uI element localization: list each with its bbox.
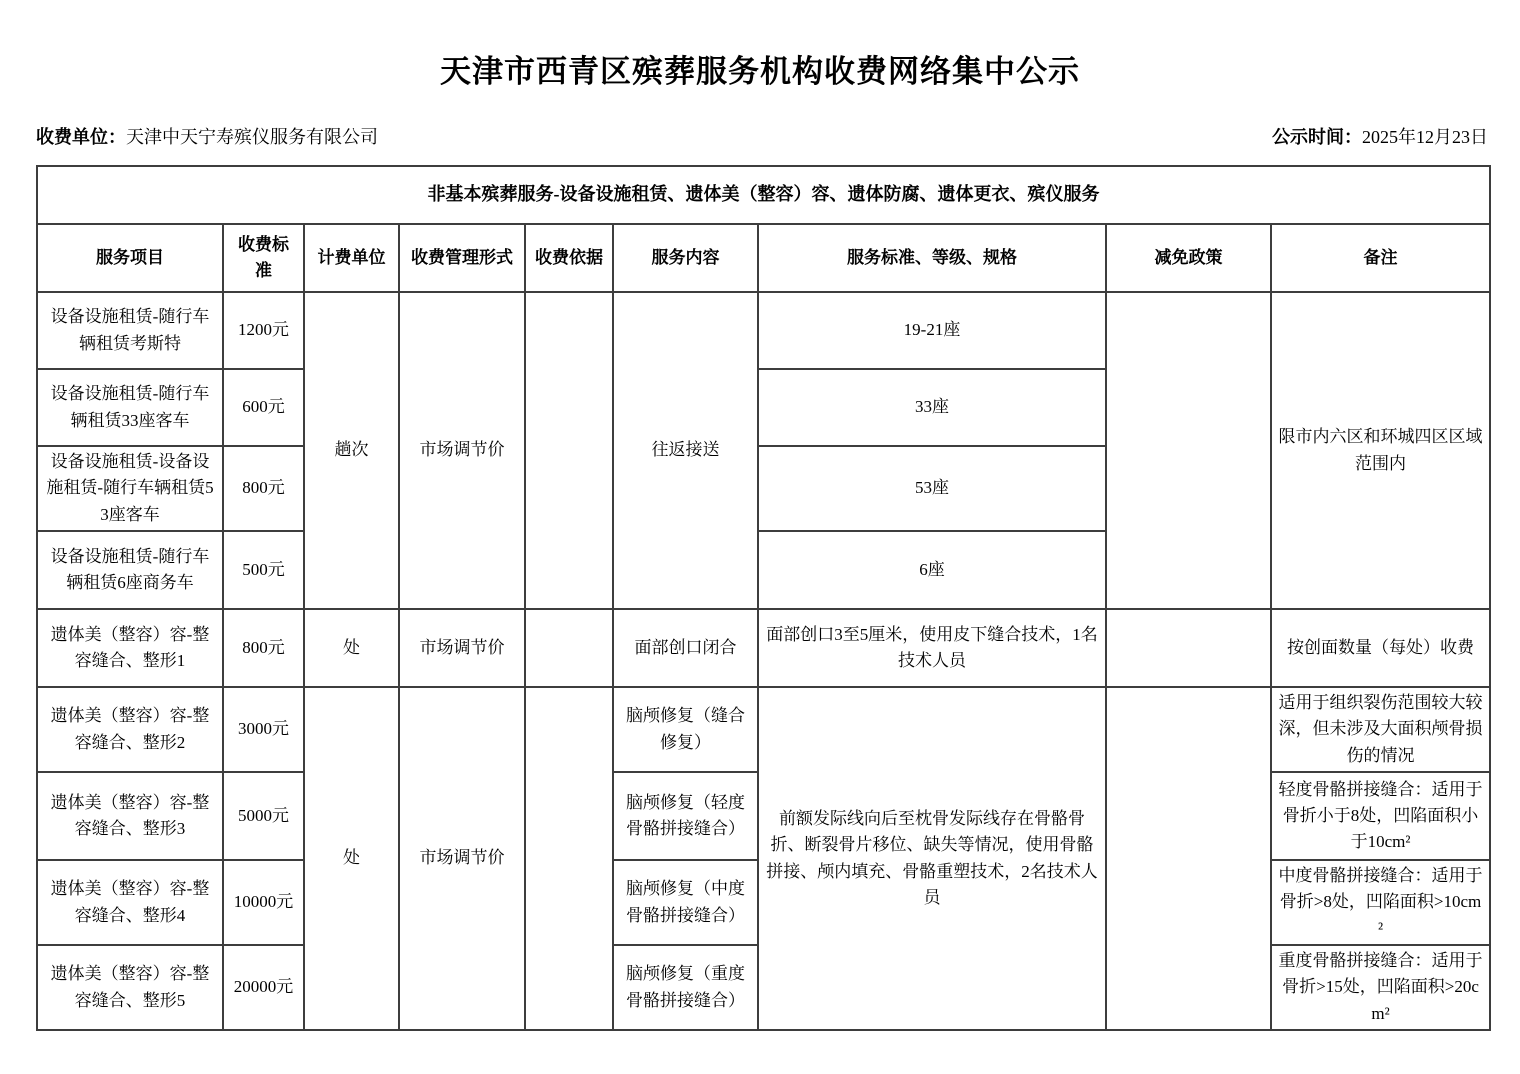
cell-service-item: 设备设施租赁-随行车辆租赁考斯特 — [37, 292, 223, 369]
cell-note: 轻度骨骼拼接缝合：适用于骨折小于8处，凹陷面积小于10cm² — [1271, 772, 1490, 860]
cell-service-item: 设备设施租赁-随行车辆租赁6座商务车 — [37, 531, 223, 609]
cell-service-content: 脑颅修复（缝合修复） — [613, 687, 758, 772]
cell-service-item: 遗体美（整容）容-整容缝合、整形5 — [37, 945, 223, 1030]
cell-service-item: 遗体美（整容）容-整容缝合、整形4 — [37, 860, 223, 945]
cell-note: 限市内六区和环城四区区域范围内 — [1271, 292, 1490, 609]
cell-waiver — [1106, 609, 1271, 687]
cell-note: 中度骨骼拼接缝合：适用于骨折>8处，凹陷面积>10cm² — [1271, 860, 1490, 945]
col-header-billing-unit: 计费单位 — [304, 224, 399, 292]
cell-price: 20000元 — [223, 945, 304, 1030]
document-page: 天津市西青区殡葬服务机构收费网络集中公示 收费单位：天津中天宁寿殡仪服务有限公司… — [0, 0, 1520, 1074]
cell-standard: 6座 — [758, 531, 1106, 609]
info-bar: 收费单位：天津中天宁寿殡仪服务有限公司 公示时间：2025年12月23日 — [36, 123, 1488, 149]
cell-fee-basis — [525, 687, 613, 1030]
fee-table: 非基本殡葬服务-设备设施租赁、遗体美（整容）容、遗体防腐、遗体更衣、殡仪服务 服… — [36, 165, 1491, 1031]
col-header-fee-standard: 收费标准 — [223, 224, 304, 292]
table-row: 设备设施租赁-随行车辆租赁考斯特 1200元 趟次 市场调节价 往返接送 19-… — [37, 292, 1490, 369]
col-header-service-spec: 服务标准、等级、规格 — [758, 224, 1106, 292]
cell-standard: 33座 — [758, 369, 1106, 446]
cell-service-item: 遗体美（整容）容-整容缝合、整形3 — [37, 772, 223, 860]
publicity-date-value: 2025年12月23日 — [1362, 127, 1488, 147]
cell-price: 600元 — [223, 369, 304, 446]
cell-price: 10000元 — [223, 860, 304, 945]
table-row: 遗体美（整容）容-整容缝合、整形1 800元 处 市场调节价 面部创口闭合 面部… — [37, 609, 1490, 687]
cell-price: 1200元 — [223, 292, 304, 369]
cell-note: 按创面数量（每处）收费 — [1271, 609, 1490, 687]
cell-fee-management: 市场调节价 — [399, 687, 525, 1030]
cell-service-item: 设备设施租赁-设备设施租赁-随行车辆租赁53座客车 — [37, 446, 223, 531]
col-header-fee-management: 收费管理形式 — [399, 224, 525, 292]
cell-service-content: 脑颅修复（重度骨骼拼接缝合） — [613, 945, 758, 1030]
cell-service-content: 脑颅修复（轻度骨骼拼接缝合） — [613, 772, 758, 860]
col-header-waiver-policy: 减免政策 — [1106, 224, 1271, 292]
cell-service-content: 面部创口闭合 — [613, 609, 758, 687]
cell-price: 5000元 — [223, 772, 304, 860]
cell-note: 重度骨骼拼接缝合：适用于骨折>15处，凹陷面积>20cm² — [1271, 945, 1490, 1030]
cell-service-content: 脑颅修复（中度骨骼拼接缝合） — [613, 860, 758, 945]
col-header-fee-basis: 收费依据 — [525, 224, 613, 292]
publicity-date-label: 公示时间： — [1272, 127, 1362, 147]
cell-billing-unit: 趟次 — [304, 292, 399, 609]
cell-billing-unit: 处 — [304, 687, 399, 1030]
table-row: 遗体美（整容）容-整容缝合、整形2 3000元 处 市场调节价 脑颅修复（缝合修… — [37, 687, 1490, 772]
table-band-row: 非基本殡葬服务-设备设施租赁、遗体美（整容）容、遗体防腐、遗体更衣、殡仪服务 — [37, 166, 1490, 224]
page-title: 天津市西青区殡葬服务机构收费网络集中公示 — [0, 46, 1520, 91]
cell-service-item: 遗体美（整容）容-整容缝合、整形1 — [37, 609, 223, 687]
cell-billing-unit: 处 — [304, 609, 399, 687]
publicity-date: 公示时间：2025年12月23日 — [1272, 123, 1488, 149]
charging-unit: 收费单位：天津中天宁寿殡仪服务有限公司 — [36, 123, 378, 149]
col-header-service-content: 服务内容 — [613, 224, 758, 292]
charging-unit-label: 收费单位： — [36, 127, 126, 147]
cell-fee-management: 市场调节价 — [399, 609, 525, 687]
cell-price: 500元 — [223, 531, 304, 609]
col-header-service-item: 服务项目 — [37, 224, 223, 292]
cell-standard: 面部创口3至5厘米，使用皮下缝合技术，1名技术人员 — [758, 609, 1106, 687]
col-header-remarks: 备注 — [1271, 224, 1490, 292]
band-title: 非基本殡葬服务-设备设施租赁、遗体美（整容）容、遗体防腐、遗体更衣、殡仪服务 — [37, 166, 1490, 224]
cell-service-item: 遗体美（整容）容-整容缝合、整形2 — [37, 687, 223, 772]
cell-price: 3000元 — [223, 687, 304, 772]
cell-price: 800元 — [223, 609, 304, 687]
charging-unit-value: 天津中天宁寿殡仪服务有限公司 — [126, 127, 378, 147]
cell-note: 适用于组织裂伤范围较大较深，但未涉及大面积颅骨损伤的情况 — [1271, 687, 1490, 772]
cell-price: 800元 — [223, 446, 304, 531]
cell-fee-basis — [525, 609, 613, 687]
cell-service-item: 设备设施租赁-随行车辆租赁33座客车 — [37, 369, 223, 446]
cell-waiver — [1106, 292, 1271, 609]
cell-standard: 前额发际线向后至枕骨发际线存在骨骼骨折、断裂骨片移位、缺失等情况，使用骨骼拼接、… — [758, 687, 1106, 1030]
table-header-row: 服务项目 收费标准 计费单位 收费管理形式 收费依据 服务内容 服务标准、等级、… — [37, 224, 1490, 292]
cell-waiver — [1106, 687, 1271, 1030]
cell-standard: 19-21座 — [758, 292, 1106, 369]
cell-fee-management: 市场调节价 — [399, 292, 525, 609]
cell-standard: 53座 — [758, 446, 1106, 531]
cell-fee-basis — [525, 292, 613, 609]
cell-service-content: 往返接送 — [613, 292, 758, 609]
